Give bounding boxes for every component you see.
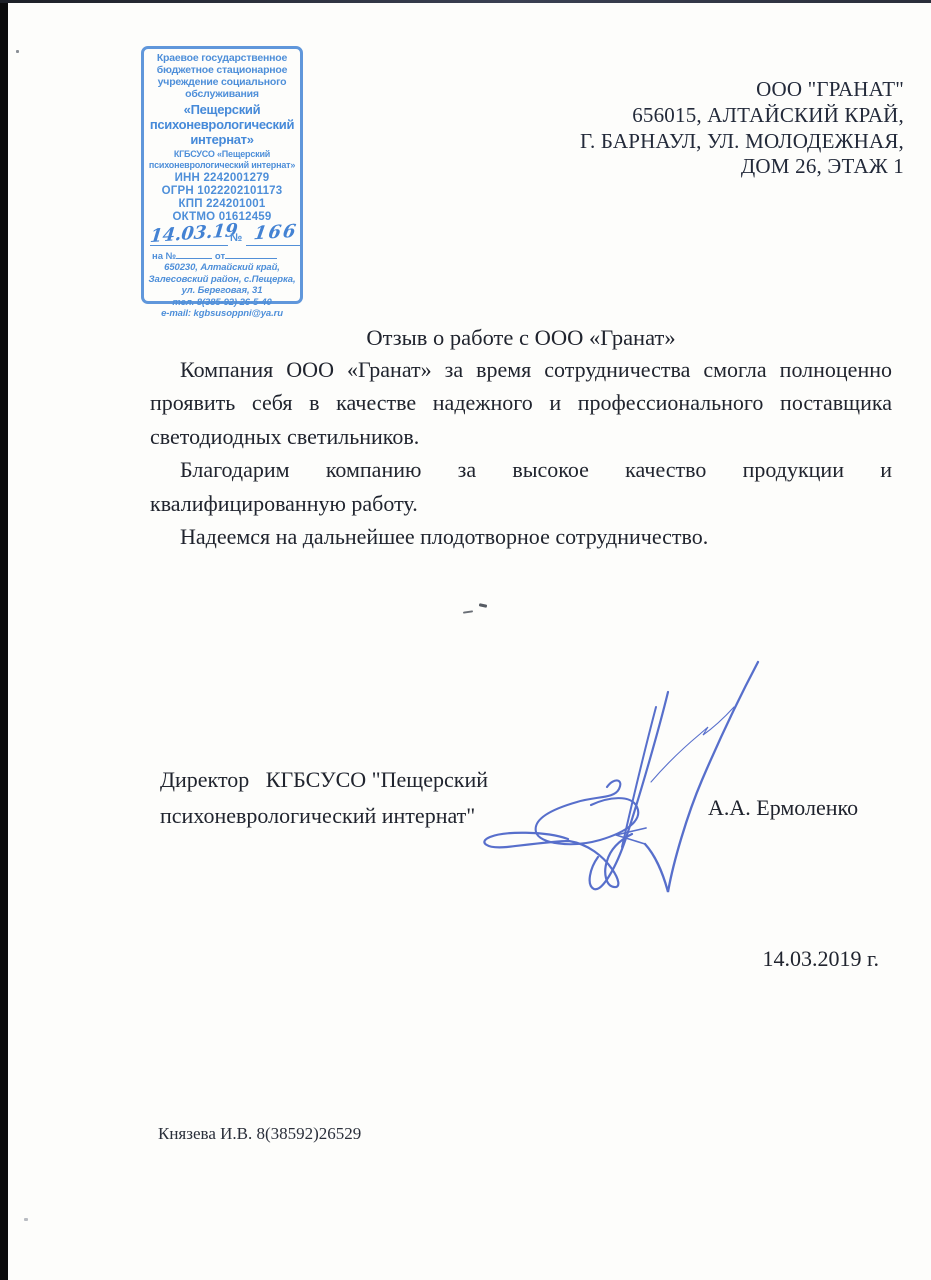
signer-name: А.А. Ермоленко (708, 795, 858, 821)
recipient-address-block: ООО "ГРАНАТ" 656015, АЛТАЙСКИЙ КРАЙ, Г. … (484, 77, 904, 180)
ref-label-2: от (215, 251, 225, 262)
stamp-ogrn: ОГРН 1022202101173 (144, 185, 300, 198)
stamp-subname-line: КГБСУСО «Пещерский (144, 149, 300, 160)
ref-label-1: на № (152, 251, 176, 262)
recipient-name: ООО "ГРАНАТ" (484, 77, 904, 103)
scan-edge-left (0, 0, 8, 1280)
body-paragraph: Надеемся на дальнейшее плодотворное сотр… (150, 520, 892, 553)
stamp-address-line: 650230, Алтайский край, (144, 262, 300, 274)
stamp-name-line: интернат» (144, 132, 300, 147)
stamp-phone-line: тел. 8(385-92) 26-5-40 (144, 297, 300, 309)
handwritten-signature (450, 635, 770, 935)
stamp-org-line: Краевое государственное (144, 52, 300, 64)
body-paragraph: Благодарим компанию за высокое качество … (150, 453, 892, 520)
scan-speck (24, 1218, 28, 1221)
recipient-building: ДОМ 26, ЭТАЖ 1 (484, 154, 904, 180)
signature-hairline-stroke (651, 707, 734, 782)
scanned-letter-page: Краевое государственное бюджетное стацио… (0, 0, 931, 1280)
document-date: 14.03.2019 г. (762, 946, 879, 972)
signature-main-stroke (645, 662, 758, 892)
scan-speck (16, 50, 19, 53)
body-paragraph: Компания ООО «Гранат» за время сотруднич… (150, 353, 892, 453)
stamp-org-line: бюджетное стационарное (144, 64, 300, 76)
scan-speck (479, 603, 487, 608)
signature-flourish-stroke (484, 833, 632, 887)
number-underline (246, 245, 300, 246)
stamp-name-line: психоневрологический (144, 117, 300, 132)
stamp-org-line: обслуживания (144, 88, 300, 100)
scan-edge-top (0, 0, 931, 3)
recipient-postal: 656015, АЛТАЙСКИЙ КРАЙ, (484, 103, 904, 129)
executor-contact: Князева И.В. 8(38592)26529 (158, 1124, 361, 1144)
stamp-subname-line: психоневрологический интернат» (144, 160, 300, 171)
stamp-kpp: КПП 224201001 (144, 198, 300, 211)
letter-body: Компания ООО «Гранат» за время сотруднич… (150, 353, 892, 553)
stamp-org-line: учреждение социального (144, 76, 300, 88)
stamp-reference-row: на № от (144, 249, 300, 262)
document-title: Отзыв о работе с ООО «Гранат» (150, 325, 892, 351)
organization-stamp: Краевое государственное бюджетное стацио… (141, 46, 303, 304)
stamp-email-line: e-mail: kgbsusoppni@ya.ru (144, 308, 300, 320)
stamp-address-line: Залесовский район, с.Пещерка, (144, 274, 300, 286)
signature-parallel-stroke (622, 707, 656, 847)
ref-blank-1 (176, 249, 212, 259)
stamp-address-line: ул. Береговая, 31 (144, 285, 300, 297)
scan-speck (463, 610, 473, 613)
handwritten-number: 166 (252, 221, 299, 244)
recipient-street: Г. БАРНАУЛ, УЛ. МОЛОДЕЖНАЯ, (484, 129, 904, 155)
stamp-name-line: «Пещерский (144, 102, 300, 117)
stamp-inn: ИНН 2242001279 (144, 172, 300, 185)
stamp-outgoing-row: 14.03.19 № 166 (150, 225, 294, 249)
ref-blank-2 (225, 249, 277, 259)
number-sign: № (230, 232, 242, 244)
